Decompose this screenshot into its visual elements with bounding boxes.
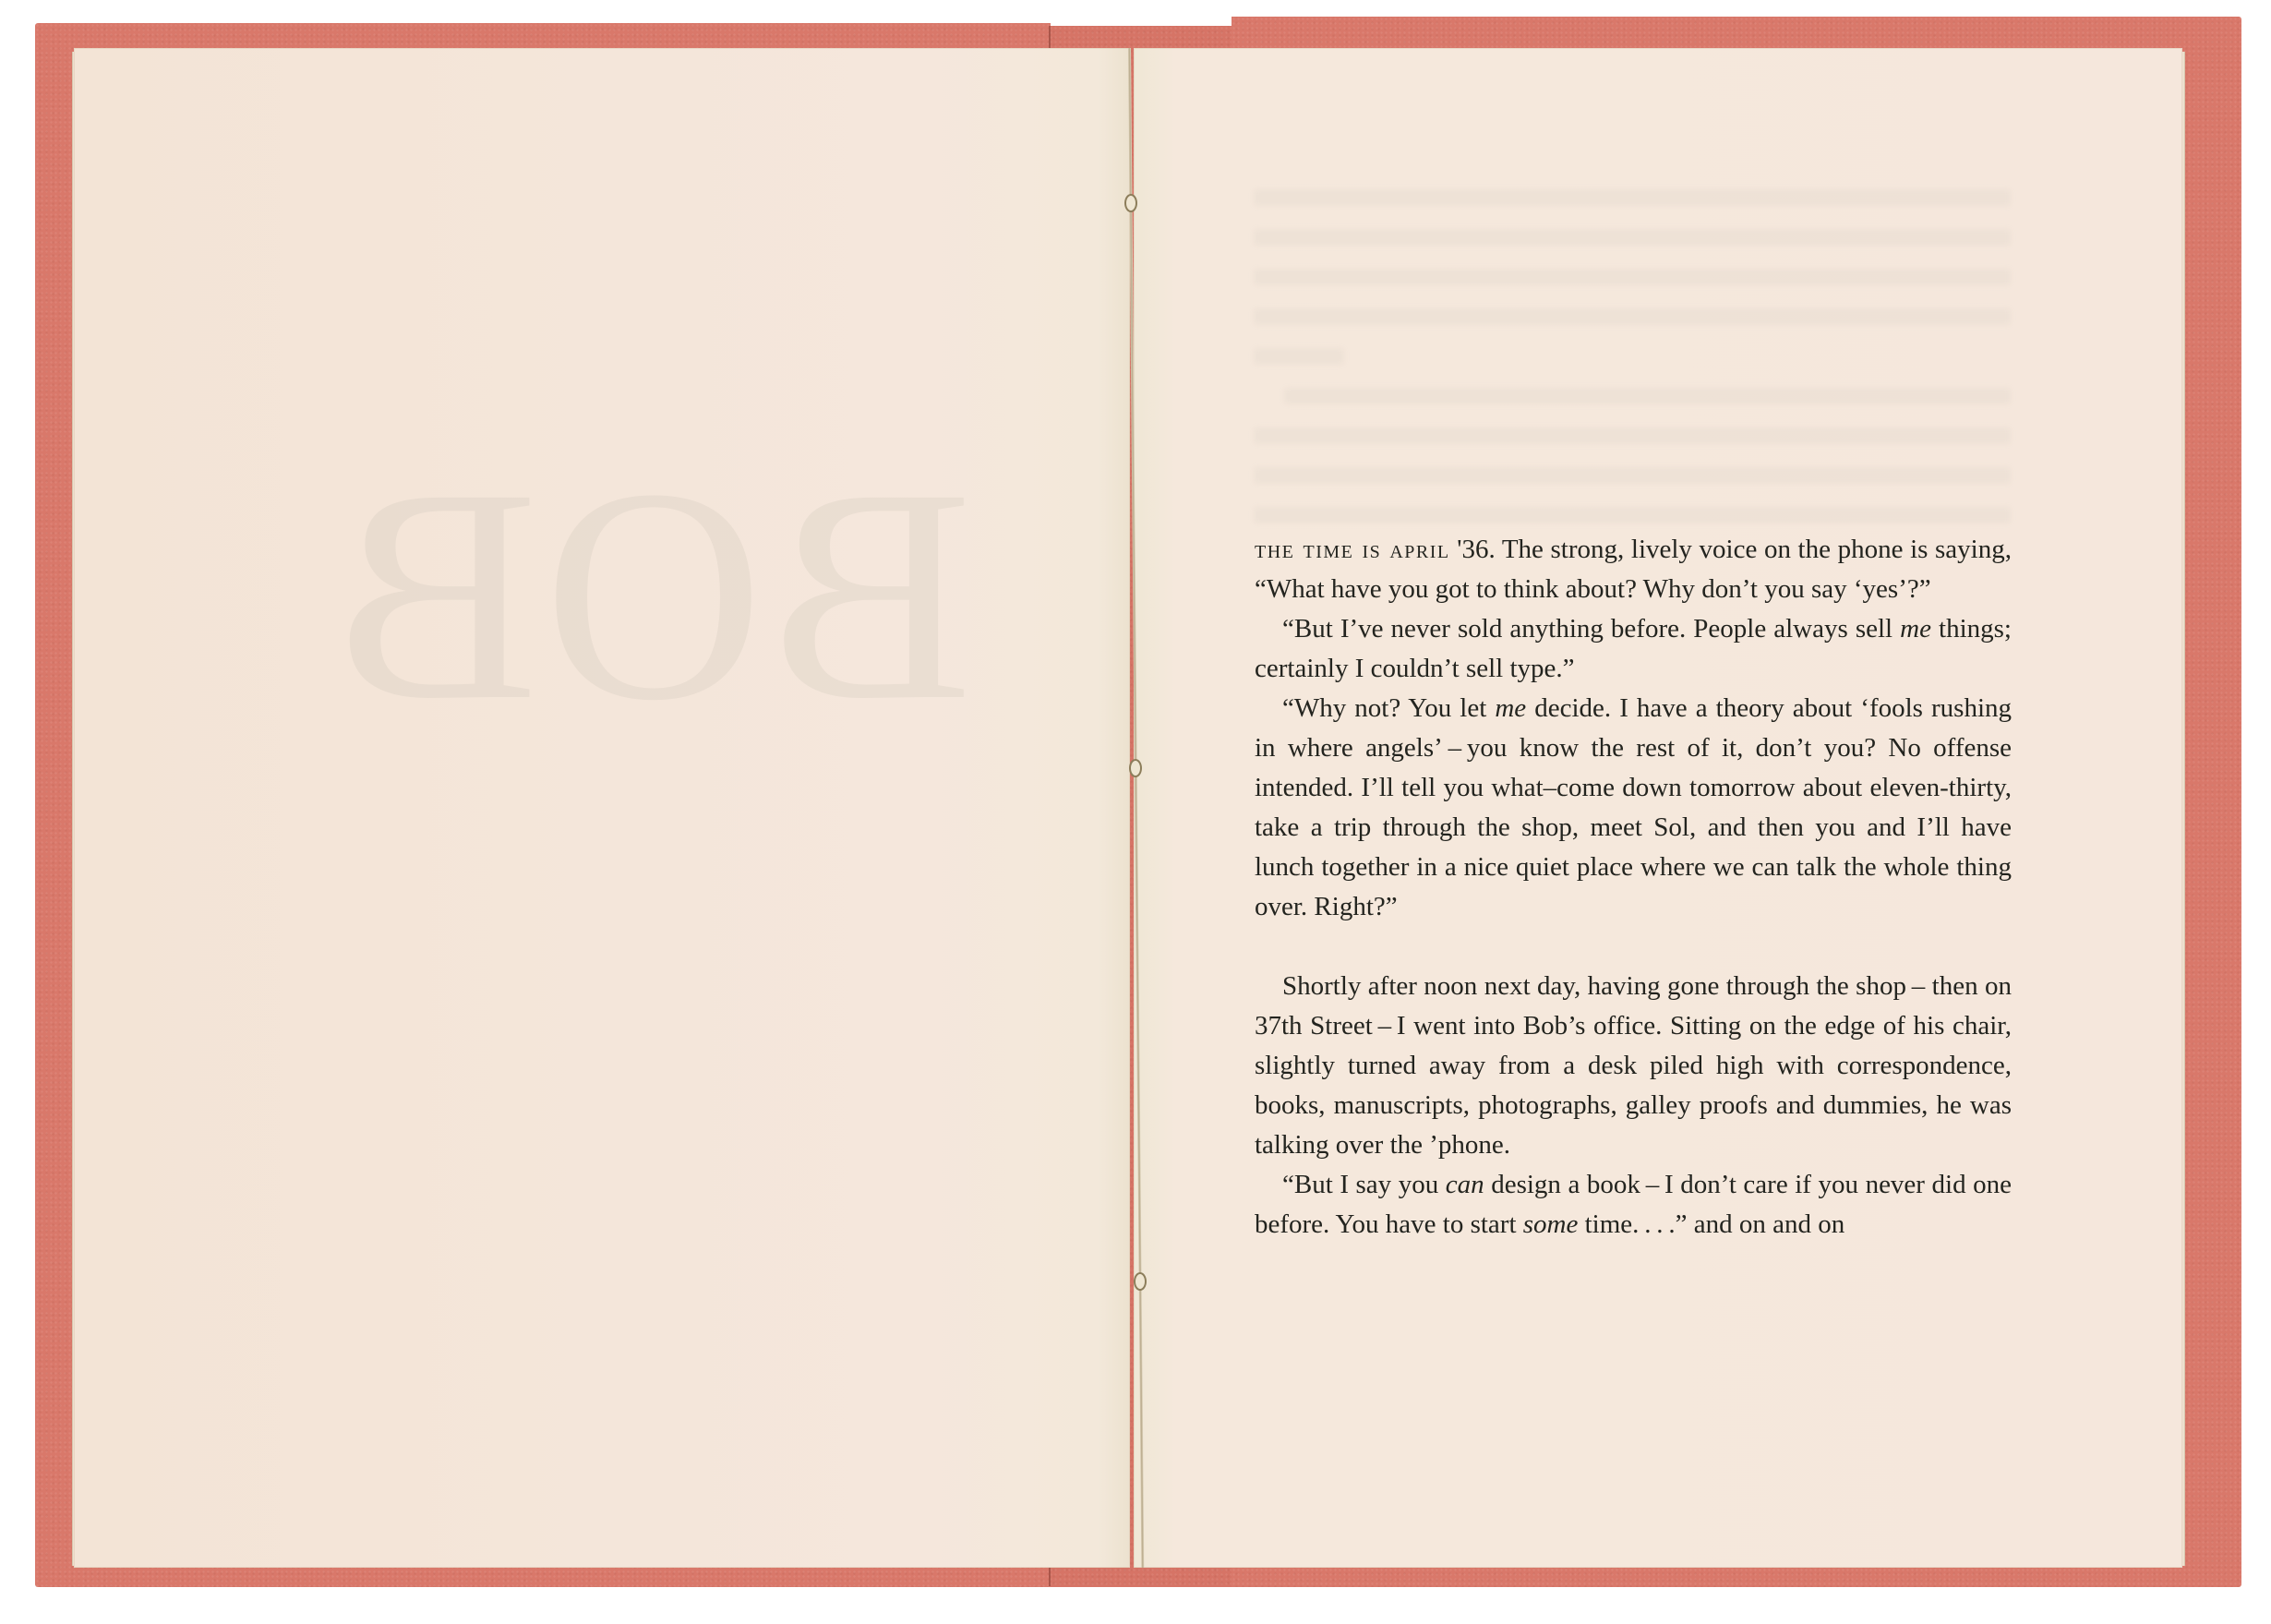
text-run: “Why not? You let	[1282, 693, 1495, 723]
ghost-title-showthrough: BOB	[434, 342, 868, 748]
paragraph-1: THE TIME IS APRIL '36. The strong, livel…	[1255, 530, 2012, 609]
body-text: THE TIME IS APRIL '36. The strong, livel…	[1255, 530, 2012, 1245]
binding-stitch	[1129, 759, 1142, 777]
italic-run: me	[1495, 693, 1526, 723]
text-run: decide. I have a theory about ‘fools rus…	[1255, 693, 2012, 921]
binding-stitch	[1124, 194, 1137, 212]
italic-run: me	[1900, 614, 1931, 644]
paragraph-2: “But I’ve never sold anything before. Pe…	[1255, 609, 2012, 689]
text-run: Shortly after noon next day, having gone…	[1255, 971, 2012, 1160]
italic-run: can	[1446, 1170, 1484, 1199]
opening-smallcaps: THE TIME IS APRIL	[1255, 535, 1450, 564]
left-page	[74, 48, 1130, 1568]
paragraph-4: Shortly after noon next day, having gone…	[1255, 967, 2012, 1165]
text-run: “But I’ve never sold anything before. Pe…	[1282, 614, 1900, 644]
paragraph-5: “But I say you can design a book – I don…	[1255, 1165, 2012, 1245]
showthrough-text-lines	[1254, 189, 2011, 547]
text-run: time. . . .” and on and on	[1578, 1209, 1844, 1239]
italic-run: some	[1523, 1209, 1579, 1239]
binding-stitch	[1134, 1272, 1147, 1291]
text-run: “But I say you	[1282, 1170, 1446, 1199]
paragraph-3: “Why not? You let me decide. I have a th…	[1255, 689, 2012, 927]
